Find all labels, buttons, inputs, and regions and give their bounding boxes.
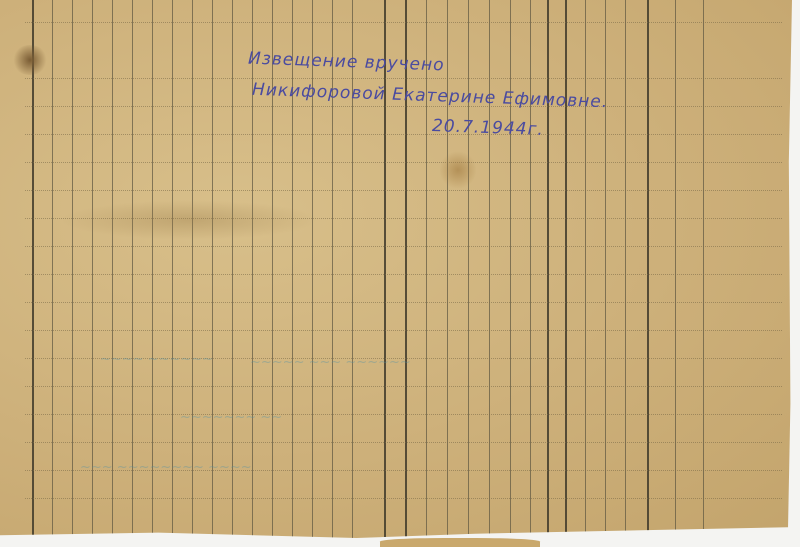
bleed-through-text: ~~~ ~~~~~~~~ ~~~~ — [80, 460, 252, 475]
ruled-line — [352, 0, 353, 538]
ruled-line — [468, 0, 469, 538]
dotted-line — [25, 78, 782, 79]
ruled-line — [530, 0, 531, 538]
ruled-line — [152, 0, 153, 538]
dotted-line — [25, 498, 782, 499]
ruled-line — [172, 0, 173, 538]
ruled-line — [489, 0, 490, 538]
dotted-line — [25, 302, 782, 303]
ruled-line — [647, 0, 649, 538]
handwriting-date: 20.7.1944г. — [432, 116, 544, 140]
dotted-line — [25, 190, 782, 191]
document-page: Извещение вручено Никифоровой Екатерине … — [0, 0, 792, 538]
ruled-line — [192, 0, 193, 538]
ruled-line — [426, 0, 427, 538]
ruled-line — [92, 0, 93, 538]
ruled-line — [332, 0, 333, 538]
ruled-line — [510, 0, 511, 538]
dotted-line — [25, 106, 782, 107]
ruled-line — [447, 0, 448, 538]
handwriting-line-2: Никифоровой Екатерине Ефимовне. — [252, 80, 609, 112]
dotted-line — [25, 162, 782, 163]
ruled-line — [232, 0, 233, 538]
stain — [60, 200, 320, 240]
dotted-line — [25, 442, 782, 443]
dotted-line — [25, 134, 782, 135]
dotted-line — [25, 246, 782, 247]
handwriting-line-1: Извещение вручено — [248, 49, 445, 76]
ruled-line — [405, 0, 407, 538]
ruled-line — [625, 0, 626, 538]
dotted-line — [25, 386, 782, 387]
bleed-through-text: ~~~~ ~~~~~~ — [100, 352, 213, 367]
ruled-line — [585, 0, 586, 538]
stain — [440, 150, 476, 190]
ruled-line — [312, 0, 313, 538]
paper-edge — [380, 538, 540, 547]
ruled-line — [112, 0, 113, 538]
ruled-line — [212, 0, 213, 538]
dotted-line — [25, 274, 782, 275]
dotted-line — [25, 330, 782, 331]
bleed-through-text: ~~~~~~~ ~~ — [180, 410, 282, 425]
bleed-through-text: ~~~~~ ~~~ ~~~~~~ — [250, 355, 411, 370]
ruled-line — [703, 0, 704, 538]
ruled-line — [52, 0, 53, 538]
ruled-line — [384, 0, 386, 538]
ruled-line — [675, 0, 676, 538]
ruled-line — [547, 0, 549, 538]
stain — [12, 45, 48, 75]
ruled-line — [32, 0, 34, 538]
ruled-line — [565, 0, 567, 538]
ruled-line — [605, 0, 606, 538]
ruled-line — [132, 0, 133, 538]
dotted-line — [25, 414, 782, 415]
dotted-line — [25, 22, 782, 23]
ruled-line — [72, 0, 73, 538]
